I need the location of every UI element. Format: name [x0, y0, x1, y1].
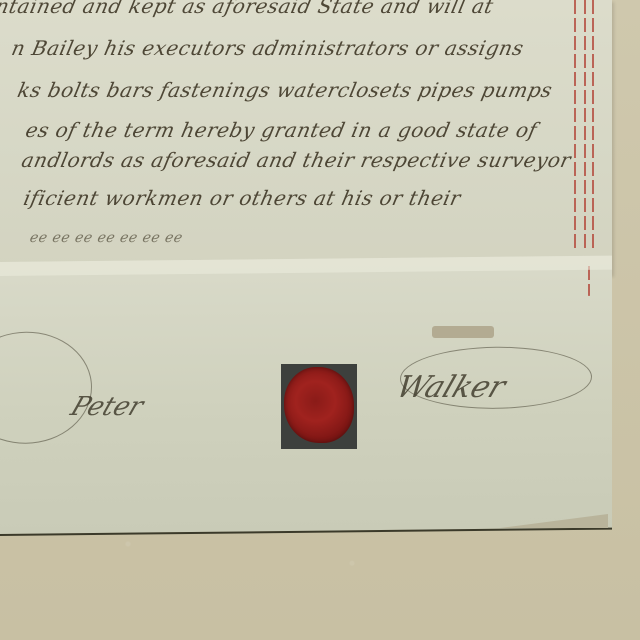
document-line-5: andlords as aforesaid and their respecti…	[19, 148, 573, 172]
red-margin-line	[588, 266, 590, 296]
tape-strip	[432, 326, 494, 338]
signature-flourish	[0, 331, 92, 444]
document-line-1: ntained and kept as aforesaid State and …	[0, 0, 496, 18]
document-line-7: ee ee ee ee ee ee ee	[28, 230, 184, 246]
wax-seal	[284, 367, 354, 443]
document-line-3: ks bolts bars fastenings waterclosets pi…	[15, 78, 554, 102]
signature-left: Peter	[67, 392, 148, 422]
red-margin-line	[574, 0, 576, 250]
red-margin-line	[592, 0, 594, 250]
document-line-2: n Bailey his executors administrators or…	[9, 36, 526, 60]
red-margin-line	[584, 0, 586, 250]
document-upper-sheet: ntained and kept as aforesaid State and …	[0, 0, 612, 275]
document-line-6: ificient workmen or others at his or the…	[21, 186, 463, 210]
signature-right: Walker	[392, 370, 511, 405]
document-line-4: es of the term hereby granted in a good …	[23, 118, 539, 142]
